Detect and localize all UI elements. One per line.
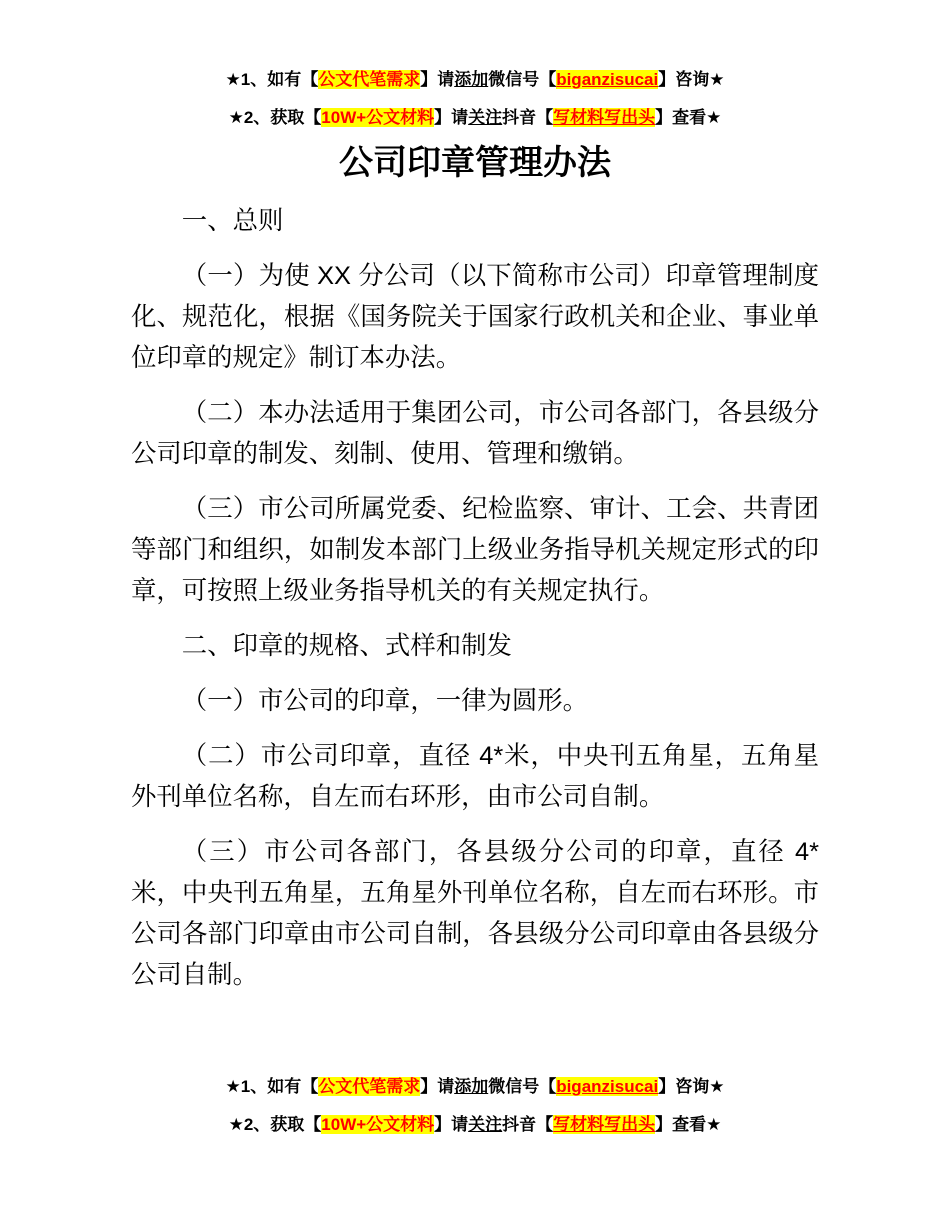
promo-underline-follow: 关注 [468,108,502,127]
promo-text-wechat-label: 微信号【 [488,1077,556,1096]
paragraph-1-3: （三）市公司所属党委、纪检监察、审计、工会、共青团等部门和组织，如制发本部门上级… [131,489,819,612]
paragraph-2-2: （二）市公司印章，直径 4*米，中央刊五角星，五角星外刊单位名称，自左而右环形，… [131,736,819,818]
document-page: ★1、如有【公文代笔需求】请添加微信号【biganzisucai】咨询★ ★2、… [0,0,950,1230]
promo-footer-line-1: ★1、如有【公文代笔需求】请添加微信号【biganzisucai】咨询★ [0,1068,950,1106]
promo-wechat-id: biganzisucai [556,70,658,89]
paragraph-2-3: （三）市公司各部门，各县级分公司的印章，直径 4*米，中央刊五角星，五角星外刊单… [131,832,819,996]
promo-text-prefix: ★1、如有【 [226,70,319,89]
paragraph-2-1: （一）市公司的印章，一律为圆形。 [131,681,819,722]
promo-text-prefix: ★2、获取【 [229,108,322,127]
promo-highlight-materials: 10W+公文材料 [321,108,434,127]
promo-highlight-writing-need: 公文代笔需求 [318,1077,420,1096]
promo-text-mid: 】请 [434,1115,468,1134]
promo-highlight-materials: 10W+公文材料 [321,1115,434,1134]
promo-douyin-id: 写材料写出头 [553,108,655,127]
promo-text-mid: 】请 [434,108,468,127]
promo-wechat-id: biganzisucai [556,1077,658,1096]
promo-footer-line-2: ★2、获取【10W+公文材料】请关注抖音【写材料写出头】查看★ [0,1106,950,1144]
paragraph-1-2: （二）本办法适用于集团公司，市公司各部门，各县级分公司印章的制发、刻制、使用、管… [131,393,819,475]
section-heading-2: 二、印章的规格、式样和制发 [131,626,819,667]
document-body: 公司印章管理办法 一、总则 （一）为使 XX 分公司（以下简称市公司）印章管理制… [131,139,819,996]
promo-highlight-writing-need: 公文代笔需求 [318,70,420,89]
document-title: 公司印章管理办法 [131,139,819,187]
section-heading-1: 一、总则 [131,201,819,242]
promo-underline-follow: 关注 [468,1115,502,1134]
promo-header: ★1、如有【公文代笔需求】请添加微信号【biganzisucai】咨询★ ★2、… [0,61,950,137]
promo-text-prefix: ★1、如有【 [226,1077,319,1096]
promo-text-suffix: 】咨询★ [658,70,724,89]
promo-text-prefix: ★2、获取【 [229,1115,322,1134]
promo-underline-add: 添加 [454,70,488,89]
promo-text-wechat-label: 微信号【 [488,70,556,89]
paragraph-1-1: （一）为使 XX 分公司（以下简称市公司）印章管理制度化、规范化，根据《国务院关… [131,256,819,379]
promo-text-douyin-label: 抖音【 [502,1115,553,1134]
promo-text-douyin-label: 抖音【 [502,108,553,127]
promo-header-line-1: ★1、如有【公文代笔需求】请添加微信号【biganzisucai】咨询★ [0,61,950,99]
promo-text-suffix: 】查看★ [655,1115,721,1134]
promo-underline-add: 添加 [454,1077,488,1096]
promo-text-mid: 】请 [420,1077,454,1096]
promo-douyin-id: 写材料写出头 [553,1115,655,1134]
promo-footer: ★1、如有【公文代笔需求】请添加微信号【biganzisucai】咨询★ ★2、… [0,1068,950,1144]
promo-header-line-2: ★2、获取【10W+公文材料】请关注抖音【写材料写出头】查看★ [0,99,950,137]
promo-text-suffix: 】咨询★ [658,1077,724,1096]
promo-text-mid: 】请 [420,70,454,89]
promo-text-suffix: 】查看★ [655,108,721,127]
